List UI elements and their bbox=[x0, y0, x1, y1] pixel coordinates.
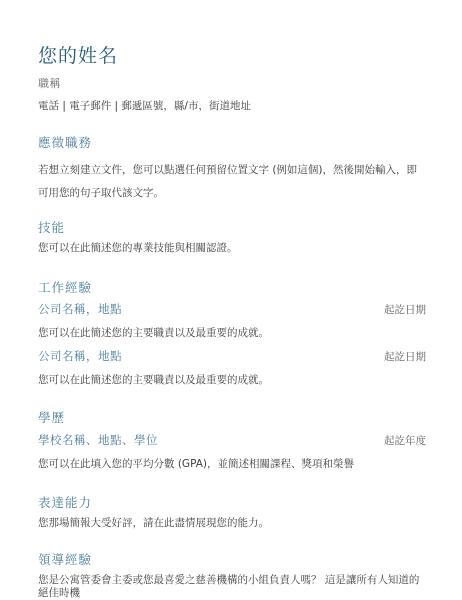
section-heading-leadership[interactable]: 領導經驗 bbox=[38, 552, 426, 567]
school-name-placeholder[interactable]: 學校名稱、地點、學位 bbox=[38, 433, 158, 447]
section-heading-experience[interactable]: 工作經驗 bbox=[38, 280, 426, 295]
resume-document-page: 您的姓名 職稱 電話 | 電子郵件 | 郵遞區號，縣/市，街道地址 應徵職務 若… bbox=[0, 0, 462, 600]
section-heading-objective[interactable]: 應徵職務 bbox=[38, 135, 426, 150]
job-title-placeholder[interactable]: 職稱 bbox=[38, 77, 426, 90]
date-range-placeholder-1[interactable]: 起訖日期 bbox=[384, 304, 426, 317]
skills-placeholder-text[interactable]: 您可以在此簡述您的專業技能與相關認證。 bbox=[38, 242, 426, 255]
education-entry-header: 學校名稱、地點、學位 起訖年度 bbox=[38, 433, 426, 448]
company-name-placeholder-2[interactable]: 公司名稱，地點 bbox=[38, 349, 122, 363]
name-placeholder[interactable]: 您的姓名 bbox=[38, 45, 426, 68]
experience-entry-2-header: 公司名稱，地點 起訖日期 bbox=[38, 349, 426, 364]
company-name-placeholder-1[interactable]: 公司名稱，地點 bbox=[38, 302, 122, 316]
experience-entry-1-header: 公司名稱，地點 起訖日期 bbox=[38, 302, 426, 317]
experience-description-placeholder-2[interactable]: 您可以在此簡述您的主要職責以及最重要的成就。 bbox=[38, 374, 426, 387]
communication-placeholder-text[interactable]: 您那場簡報大受好評，請在此盡情展現您的能力。 bbox=[38, 517, 426, 530]
objective-placeholder-text[interactable]: 若想立刻建立文件，您可以點選任何預留位置文字 (例如這個)，然後開始輸入，即可用… bbox=[38, 159, 426, 204]
leadership-placeholder-text[interactable]: 您是公寓管委會主委或您最喜愛之慈善機構的小組負責人嗎？ 這是讓所有人知道的絕佳時… bbox=[38, 574, 426, 600]
section-heading-skills[interactable]: 技能 bbox=[38, 220, 426, 235]
education-description-placeholder[interactable]: 您可以在此填入您的平均分數 (GPA)，並簡述相關課程、獎項和榮譽 bbox=[38, 458, 426, 471]
experience-description-placeholder-1[interactable]: 您可以在此簡述您的主要職責以及最重要的成就。 bbox=[38, 327, 426, 340]
year-range-placeholder[interactable]: 起訖年度 bbox=[384, 435, 426, 448]
section-heading-communication[interactable]: 表達能力 bbox=[38, 495, 426, 510]
contact-info-placeholder[interactable]: 電話 | 電子郵件 | 郵遞區號，縣/市，街道地址 bbox=[38, 100, 426, 113]
section-heading-education[interactable]: 學歷 bbox=[38, 410, 426, 425]
date-range-placeholder-2[interactable]: 起訖日期 bbox=[384, 351, 426, 364]
